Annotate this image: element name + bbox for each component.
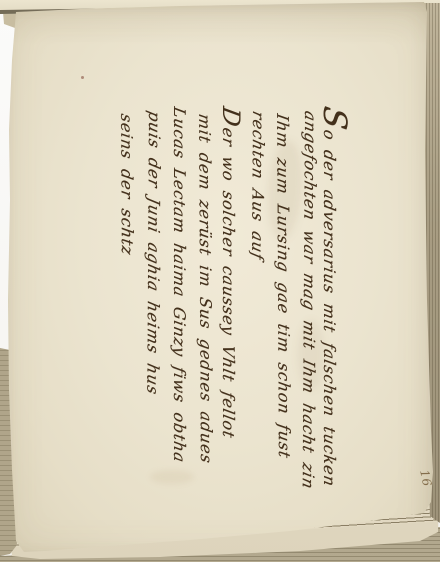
handwriting-line: Der wo solcher caussey Vhlt fellot xyxy=(218,105,244,450)
handwriting-line: seins der schtz xyxy=(113,112,141,449)
handwriting-line: mit dem zerüst im Sus gednes adues xyxy=(191,112,219,449)
handwriting-line: angefochten war mag mit Ihm hacht zin xyxy=(295,108,323,449)
handwriting-line: puis der Juni aghia heims hus xyxy=(139,108,167,449)
handwriting-line: rechten Aus auf xyxy=(243,108,271,449)
page-number: 16 xyxy=(405,468,434,491)
handwriting-line: Lucas Lectam haima Ginzy fiws obtha xyxy=(166,105,192,450)
handwriting-block: So der adversarius mit falschen tucken a… xyxy=(112,107,348,447)
handwriting-line: Ihm zum Lursing gae tim schon fust xyxy=(269,112,297,449)
manuscript-page: So der adversarius mit falschen tucken a… xyxy=(0,0,440,562)
paper-stain xyxy=(150,470,194,484)
handwriting-line: So der adversarius mit falschen tucken xyxy=(322,105,348,450)
paper-stain xyxy=(81,76,84,79)
manuscript-photo: 40 So der adversarius mit falschen tucke… xyxy=(0,0,440,562)
